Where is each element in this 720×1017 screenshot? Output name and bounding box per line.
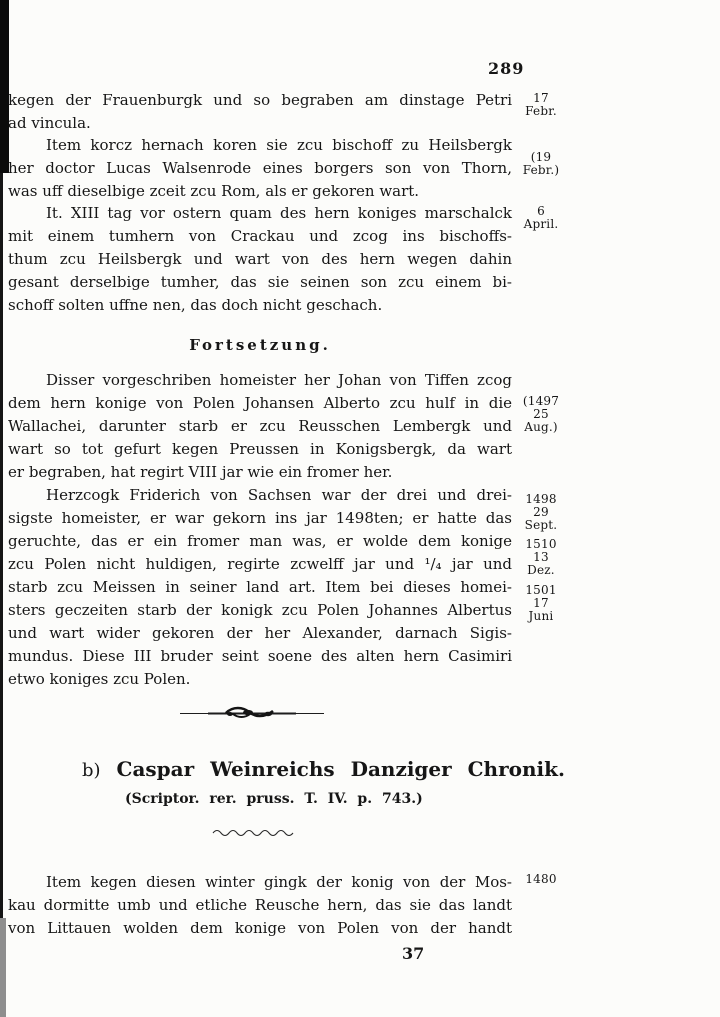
margin-date-note: 1480 — [516, 873, 566, 886]
margin-date-line: Sept. — [516, 519, 566, 532]
text-line: ad vincula. — [8, 112, 512, 135]
text-line: kegen der Frauenburgk und so begraben am… — [8, 89, 512, 112]
wavy-divider — [212, 828, 294, 838]
margin-date-line: Juni — [516, 610, 566, 623]
margin-date-line: April. — [516, 218, 566, 231]
text-line: Disser vorgeschriben homeister her Johan… — [8, 369, 512, 392]
paragraph-2: Item korcz hernach koren sie zcu bischof… — [8, 134, 512, 203]
section-heading-fortsetzung: Fortsetzung. — [8, 336, 512, 354]
paragraph-6: Item kegen diesen winter gingk der konig… — [8, 871, 512, 940]
text-line: dem hern konige von Polen Johansen Alber… — [8, 392, 512, 415]
text-line: geruchte, das er ein fromer man was, er … — [8, 530, 512, 553]
margin-date-note: 17 Febr. — [516, 92, 566, 118]
text-line: sigste homeister, er war gekorn ins jar … — [8, 507, 512, 530]
margin-date-line: Febr. — [516, 105, 566, 118]
text-line: gesant derselbige tumher, das sie seinen… — [8, 271, 512, 294]
paragraph-3: It. XIII tag vor ostern quam des hern ko… — [8, 202, 512, 317]
margin-date-note: (1497 25 Aug.) — [516, 395, 566, 434]
scan-gutter-artifact-line — [0, 173, 3, 918]
margin-date-note: 6 April. — [516, 205, 566, 231]
margin-date-line: Febr.) — [516, 164, 566, 177]
margin-date-note: 1510 13 Dez. — [516, 538, 566, 577]
paragraph-1: kegen der Frauenburgk und so begraben am… — [8, 89, 512, 135]
chronik-heading-title: Caspar Weinreichs Danziger Chronik. — [117, 757, 565, 781]
text-line: thum zcu Heilsbergk und wart von des her… — [8, 248, 512, 271]
text-line: Herzcogk Friderich von Sachsen war der d… — [8, 484, 512, 507]
text-line: starb zcu Meissen in seiner land art. It… — [8, 576, 512, 599]
text-line: mit einem tumhern von Crackau und zcog i… — [8, 225, 512, 248]
text-line: sters geczeiten starb der konigk zcu Pol… — [8, 599, 512, 622]
text-line: er begraben, hat regirt VIII jar wie ein… — [8, 461, 512, 484]
margin-date-line: Aug.) — [516, 421, 566, 434]
scroll-ornament-divider — [178, 705, 326, 721]
paragraph-5: Herzcogk Friderich von Sachsen war der d… — [8, 484, 512, 691]
text-line: etwo koniges zcu Polen. — [8, 668, 512, 691]
margin-date-line: Dez. — [516, 564, 566, 577]
text-line: Item kegen diesen winter gingk der konig… — [8, 871, 512, 894]
paragraph-4: Disser vorgeschriben homeister her Johan… — [8, 369, 512, 484]
text-line: und wart wider gekoren der her Alexander… — [8, 622, 512, 645]
margin-date-note: 1498 29 Sept. — [516, 493, 566, 532]
chronik-source: (Scriptor. rer. pruss. T. IV. p. 743.) — [125, 791, 423, 807]
scan-gutter-artifact-bottom — [0, 918, 6, 1017]
text-line: mundus. Diese III bruder seint soene des… — [8, 645, 512, 668]
chronik-heading: b)Caspar Weinreichs Danziger Chronik. — [82, 757, 565, 781]
text-line: her doctor Lucas Walsenrode eines borger… — [8, 157, 512, 180]
text-line: zcu Polen nicht huldigen, regirte zcwelf… — [8, 553, 512, 576]
text-line: wart so tot gefurt kegen Preussen in Kon… — [8, 438, 512, 461]
text-line: kau dormitte umb und etliche Reusche her… — [8, 894, 512, 917]
margin-date-line: 1480 — [516, 873, 566, 886]
text-line: It. XIII tag vor ostern quam des hern ko… — [8, 202, 512, 225]
text-line: von Littauen wolden dem konige von Polen… — [8, 917, 512, 940]
sheet-signature: 37 — [402, 944, 424, 963]
text-line: was uff dieselbige zceit zcu Rom, als er… — [8, 180, 512, 203]
text-line: Wallachei, darunter starb er zcu Reussch… — [8, 415, 512, 438]
chronik-heading-prefix: b) — [82, 760, 101, 781]
margin-date-note: 1501 17 Juni — [516, 584, 566, 623]
text-line: schoff solten uffne nen, das doch nicht … — [8, 294, 512, 317]
text-line: Item korcz hernach koren sie zcu bischof… — [8, 134, 512, 157]
page-number: 289 — [488, 59, 524, 78]
margin-date-note: (19 Febr.) — [516, 151, 566, 177]
